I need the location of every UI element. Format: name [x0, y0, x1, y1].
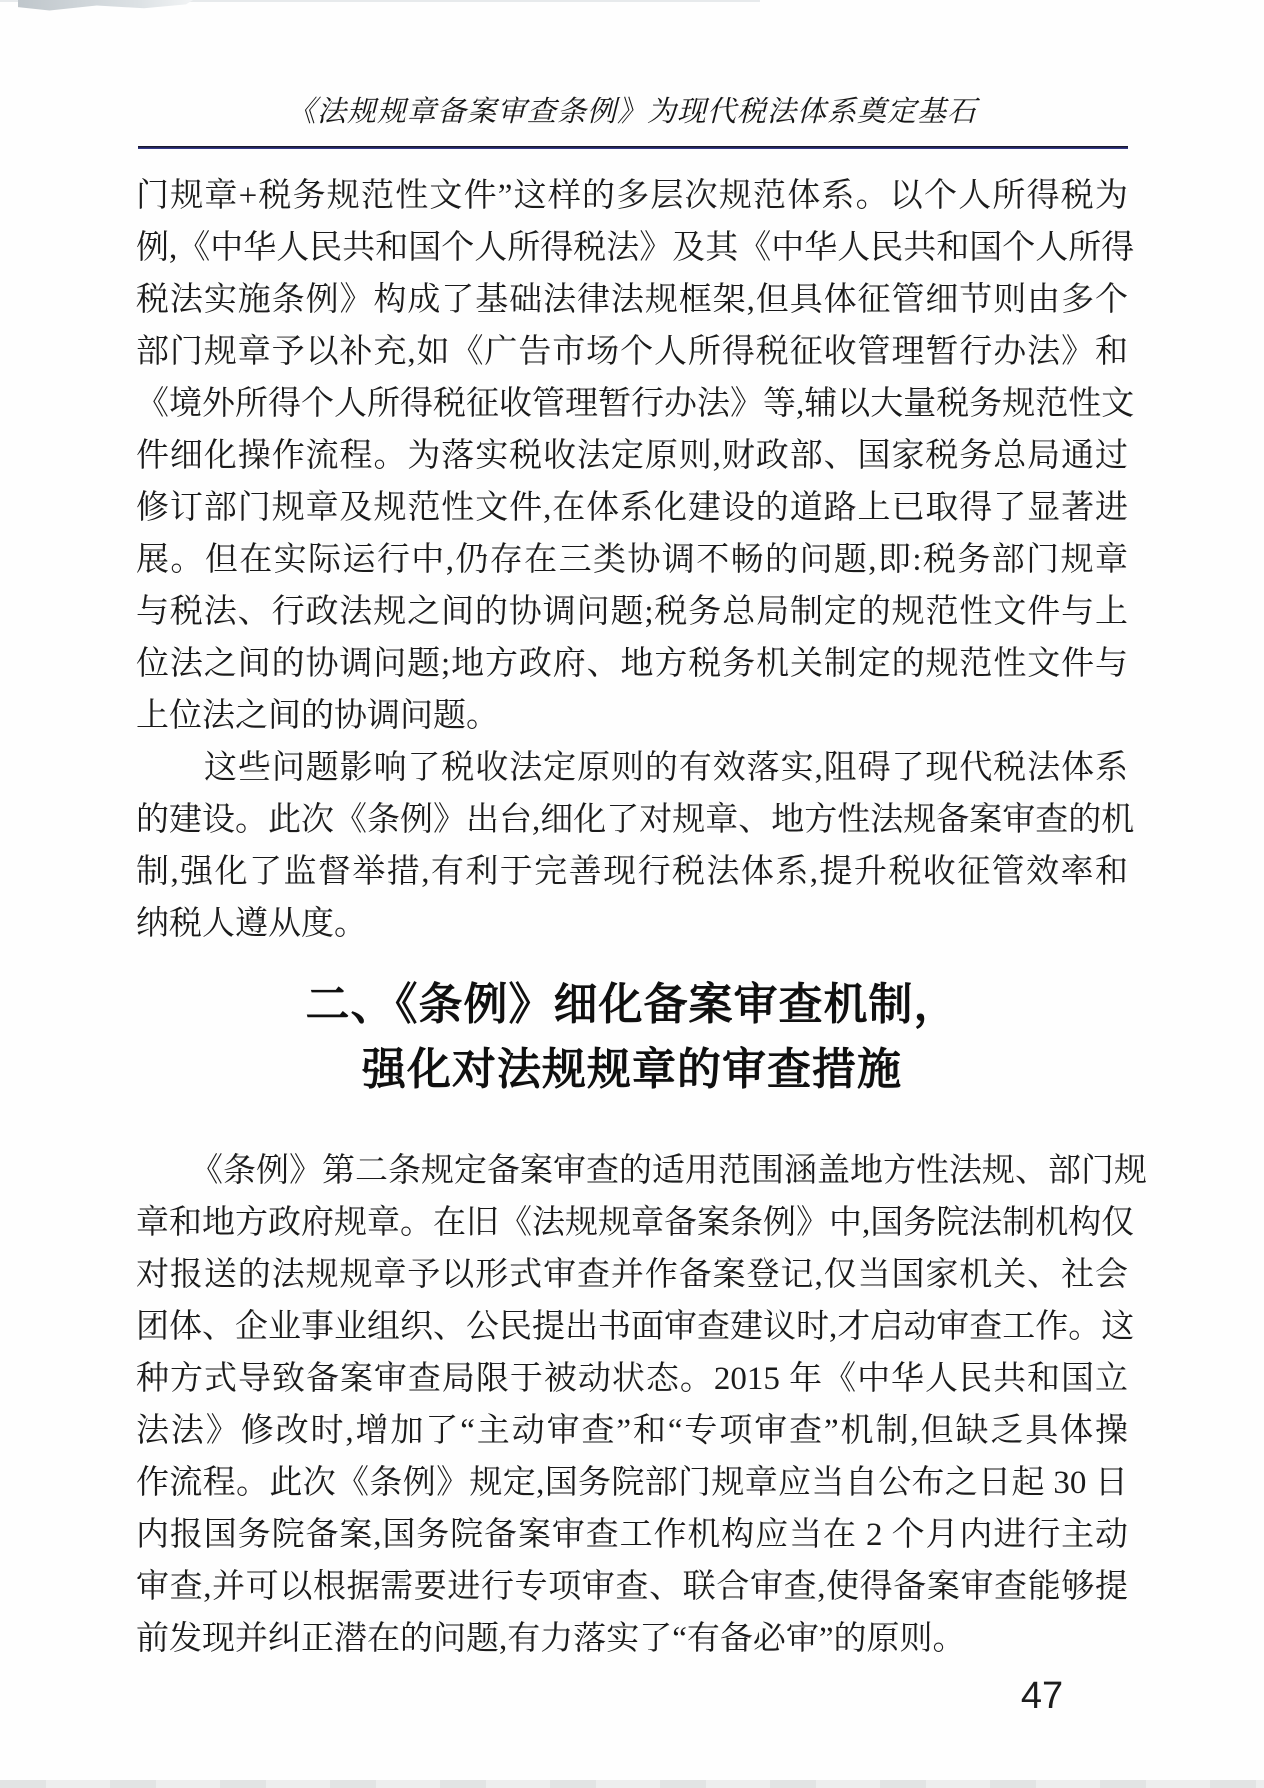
text-line: 这些问题影响了税收法定原则的有效落实,阻碍了现代税法体系 [136, 742, 1128, 794]
document-page: 《法规规章备案审查条例》为现代税法体系奠定基石 门规章+税务规范性文件”这样的多… [0, 0, 1264, 1788]
header-rule [138, 146, 1128, 149]
text-line: 与税法、行政法规之间的协调问题;税务总局制定的规范性文件与上 [136, 586, 1128, 638]
text-line: 种方式导致备案审查局限于被动状态。2015 年《中华人民共和国立 [136, 1353, 1128, 1405]
text-line: 税法实施条例》构成了基础法律法规框架,但具体征管细节则由多个 [136, 274, 1128, 326]
text-line: 的建设。此次《条例》出台,细化了对规章、地方性法规备案审查的机 [136, 794, 1128, 846]
scan-artifact-bottom-strip [0, 1780, 1264, 1788]
text-line: 作流程。此次《条例》规定,国务院部门规章应当自公布之日起 30 日 [136, 1457, 1128, 1509]
paragraph-2: 这些问题影响了税收法定原则的有效落实,阻碍了现代税法体系 的建设。此次《条例》出… [136, 742, 1128, 950]
text-line: 上位法之间的协调问题。 [136, 690, 1128, 742]
text-line: 《条例》第二条规定备案审查的适用范围涵盖地方性法规、部门规 [136, 1145, 1128, 1197]
text-line: 部门规章予以补充,如《广告市场个人所得税征收管理暂行办法》和 [136, 326, 1128, 378]
text-line: 章和地方政府规章。在旧《法规规章备案条例》中,国务院法制机构仅 [136, 1197, 1128, 1249]
text-line: 位法之间的协调问题;地方政府、地方税务机关制定的规范性文件与 [136, 638, 1128, 690]
running-header-title: 《法规规章备案审查条例》为现代税法体系奠定基石 [0, 90, 1264, 134]
text-line: 法法》修改时,增加了“主动审查”和“专项审查”机制,但缺乏具体操 [136, 1405, 1128, 1457]
page-number: 47 [1000, 1676, 1084, 1716]
section-heading-line: 二、《条例》细化备案审查机制， [0, 972, 1264, 1037]
text-line: 件细化操作流程。为落实税收法定原则,财政部、国家税务总局通过 [136, 430, 1128, 482]
text-line: 团体、企业事业组织、公民提出书面审查建议时,才启动审查工作。这 [136, 1301, 1128, 1353]
text-line: 对报送的法规规章予以形式审查并作备案登记,仅当国家机关、社会 [136, 1249, 1128, 1301]
text-line: 前发现并纠正潜在的问题,有力落实了“有备必审”的原则。 [136, 1613, 1128, 1665]
text-line: 门规章+税务规范性文件”这样的多层次规范体系。以个人所得税为 [136, 170, 1128, 222]
paragraph-3: 《条例》第二条规定备案审查的适用范围涵盖地方性法规、部门规 章和地方政府规章。在… [136, 1145, 1128, 1665]
section-heading: 二、《条例》细化备案审查机制， 强化对法规规章的审查措施 [0, 972, 1264, 1102]
text-line: 修订部门规章及规范性文件,在体系化建设的道路上已取得了显著进 [136, 482, 1128, 534]
paragraph-1: 门规章+税务规范性文件”这样的多层次规范体系。以个人所得税为 例,《中华人民共和… [136, 170, 1128, 742]
text-line: 纳税人遵从度。 [136, 898, 1128, 950]
text-line: 内报国务院备案,国务院备案审查工作机构应当在 2 个月内进行主动 [136, 1509, 1128, 1561]
text-line: 《境外所得个人所得税征收管理暂行办法》等,辅以大量税务规范性文 [136, 378, 1128, 430]
text-line: 制,强化了监督举措,有利于完善现行税法体系,提升税收征管效率和 [136, 846, 1128, 898]
scan-artifact-top-left [18, 0, 193, 11]
section-heading-line: 强化对法规规章的审查措施 [0, 1037, 1264, 1102]
text-line: 例,《中华人民共和国个人所得税法》及其《中华人民共和国个人所得 [136, 222, 1128, 274]
text-line: 审查,并可以根据需要进行专项审查、联合审查,使得备案审查能够提 [136, 1561, 1128, 1613]
text-line: 展。但在实际运行中,仍存在三类协调不畅的问题,即:税务部门规章 [136, 534, 1128, 586]
